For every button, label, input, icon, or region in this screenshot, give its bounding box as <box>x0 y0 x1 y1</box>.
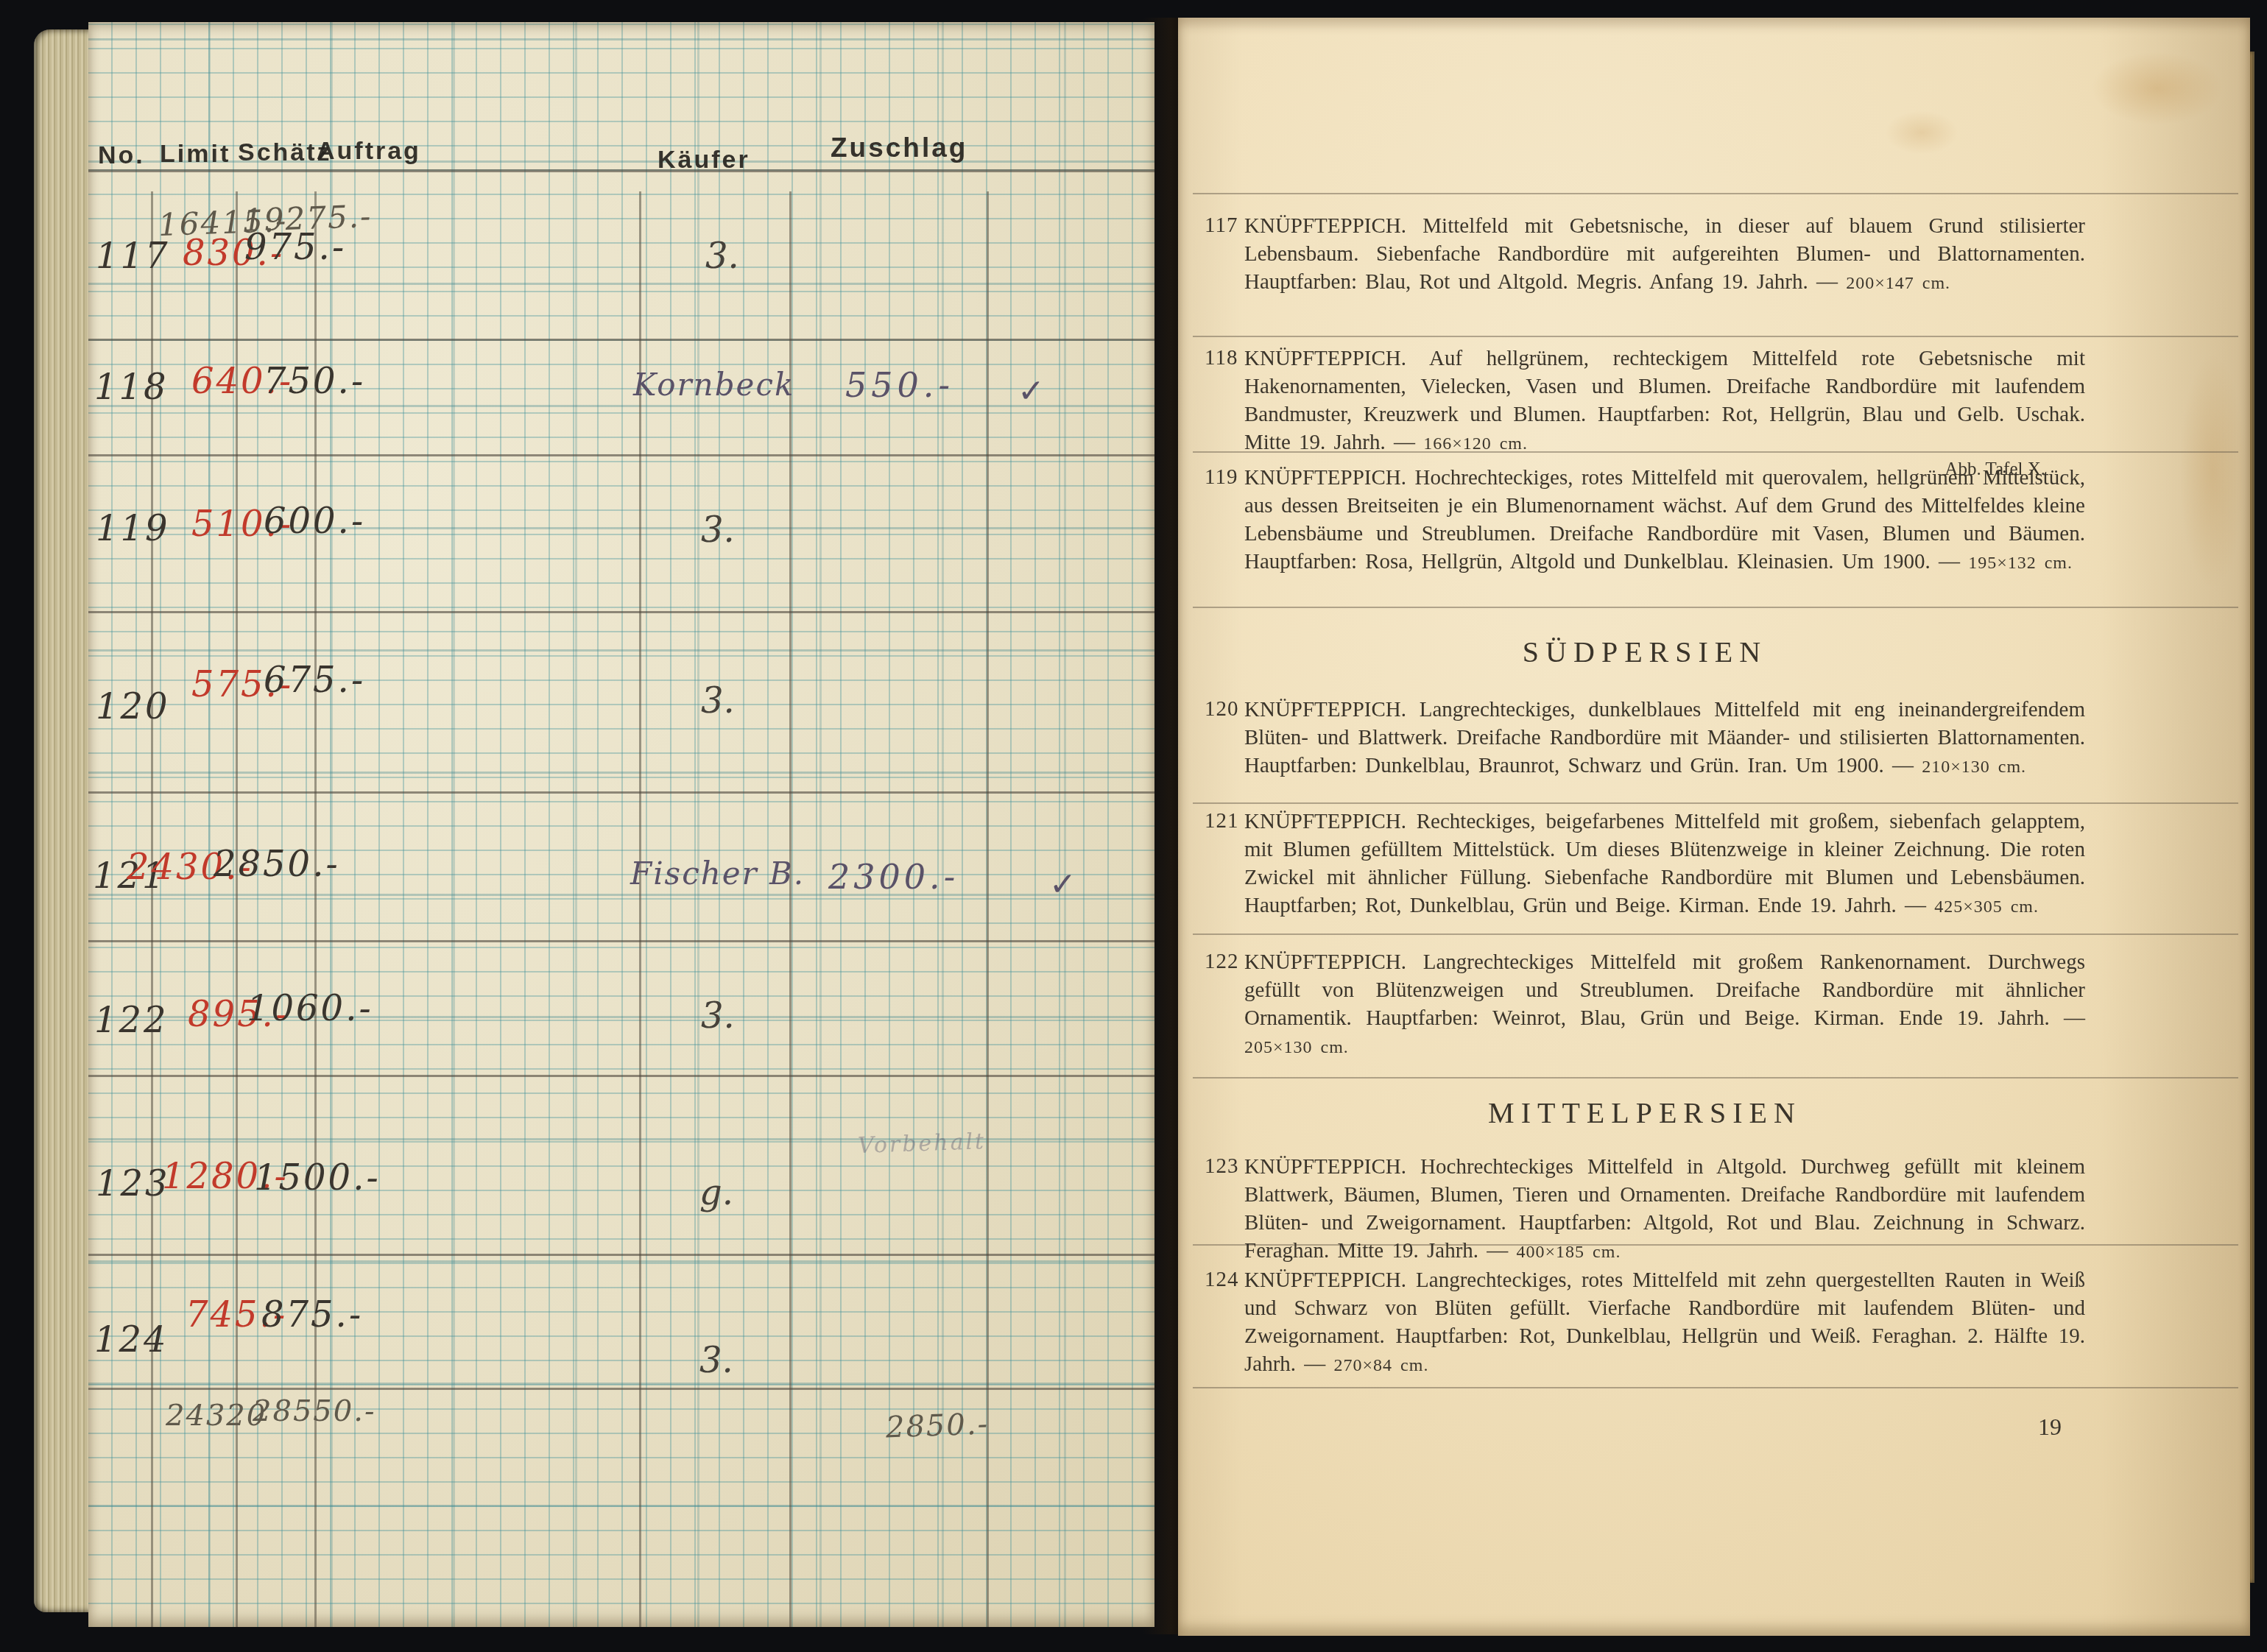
entry-description: KNÜPFTEPPICH. Hochrechteckiges Mittelfel… <box>1244 1153 2085 1266</box>
schaetz-value: 675.- <box>264 660 365 701</box>
lot-no: 120 <box>96 686 170 727</box>
entry-description: KNÜPFTEPPICH. Hochrechteckiges, rotes Mi… <box>1244 464 2085 577</box>
buyer-mark: 3. <box>705 236 739 277</box>
buyer-mark: g. <box>699 1172 733 1213</box>
schaetz-value: 750.- <box>264 361 365 402</box>
hammer-price: 550.- <box>845 365 954 405</box>
entry-dimensions: 400×185 cm. <box>1517 1243 1621 1262</box>
header-auftrag: Auftrag <box>317 137 421 166</box>
entry-rule <box>1193 1077 2238 1079</box>
entry-rule <box>1193 802 2238 804</box>
page-number: 19 <box>2038 1413 2062 1441</box>
check-mark: ✓ <box>1018 373 1045 410</box>
schaetz-value: 1060.- <box>247 988 373 1029</box>
lot-no: 124 <box>94 1319 169 1360</box>
entry-description: KNÜPFTEPPICH. Mittelfeld mit Gebetsnisch… <box>1244 212 2085 297</box>
column-rule <box>639 191 641 1627</box>
entry-body: KNÜPFTEPPICH. Hochrechteckiges Mittelfel… <box>1244 1155 2085 1263</box>
row-rule <box>88 1075 1154 1077</box>
buyer-mark: 3. <box>701 509 735 551</box>
entry-rule <box>1193 933 2238 935</box>
catalog-entry-123: 123 KNÜPFTEPPICH. Hochrechteckiges Mitte… <box>1205 1153 2085 1266</box>
entry-dimensions: 200×147 cm. <box>1846 274 1950 293</box>
header-zuschlag: Zuschlag <box>831 133 967 163</box>
header-kaeufer: Käufer <box>657 146 750 174</box>
buyer-mark: 3. <box>701 995 735 1037</box>
lot-no: 123 <box>96 1163 170 1204</box>
schaetz-value: 2850.- <box>214 844 340 885</box>
entry-body: KNÜPFTEPPICH. Auf hellgrünem, rechteckig… <box>1244 347 2085 454</box>
total-limit: 24320 <box>166 1399 267 1433</box>
entry-body: KNÜPFTEPPICH. Mittelfeld mit Gebetsnisch… <box>1244 214 2085 294</box>
row-rule <box>88 339 1154 341</box>
lot-no: 118 <box>94 367 169 408</box>
catalog-entry-120: 120 KNÜPFTEPPICH. Langrechteckiges, dunk… <box>1205 696 2085 781</box>
section-heading-mittelpersien: MITTELPERSIEN <box>1205 1095 2085 1130</box>
lot-no: 117 <box>96 236 170 277</box>
catalog-entry-121: 121 KNÜPFTEPPICH. Rechteckiges, beigefar… <box>1205 808 2085 921</box>
entry-rule <box>1193 336 2238 337</box>
lot-number: 117 <box>1205 213 1238 238</box>
entry-description: KNÜPFTEPPICH. Langrechteckiges, rotes Mi… <box>1244 1266 2085 1380</box>
pencil-note: Vorbehalt <box>857 1129 986 1159</box>
lot-number: 122 <box>1205 950 1239 974</box>
row-rule <box>88 454 1154 456</box>
entry-dimensions: 425×305 cm. <box>1934 897 2039 917</box>
total-zuschlag: 2850.- <box>885 1408 990 1445</box>
check-mark: ✓ <box>1049 866 1076 903</box>
buyer-mark: 3. <box>701 680 735 721</box>
lot-number: 123 <box>1205 1154 1239 1179</box>
row-rule <box>88 940 1154 942</box>
row-rule <box>88 791 1154 794</box>
entry-rule <box>1193 607 2238 608</box>
entry-rule <box>1193 1387 2238 1388</box>
entry-description: KNÜPFTEPPICH. Auf hellgrünem, rechteckig… <box>1244 345 2085 458</box>
entry-dimensions: 205×130 cm. <box>1244 1038 1349 1057</box>
buyer-name: Fischer B. <box>630 855 805 892</box>
lot-no: 122 <box>94 1000 169 1041</box>
lot-number: 120 <box>1205 697 1239 721</box>
schaetz-value: 975.- <box>244 227 346 268</box>
catalog-entry-119: 119 KNÜPFTEPPICH. Hochrechteckiges, rote… <box>1205 464 2085 577</box>
entry-description: KNÜPFTEPPICH. Langrechteckiges Mittelfel… <box>1244 948 2085 1062</box>
entry-description: KNÜPFTEPPICH. Rechteckiges, beigefarbene… <box>1244 808 2085 921</box>
catalog-entry-124: 124 KNÜPFTEPPICH. Langrechteckiges, rote… <box>1205 1266 2085 1380</box>
row-rule <box>88 611 1154 613</box>
row-rule <box>88 1388 1154 1390</box>
entry-dimensions: 195×132 cm. <box>1968 554 2073 573</box>
buyer-name: Kornbeck <box>633 367 794 403</box>
lot-number: 121 <box>1205 809 1239 833</box>
lot-no: 119 <box>96 508 170 549</box>
entry-body: KNÜPFTEPPICH. Hochrechteckiges, rotes Mi… <box>1244 466 2085 573</box>
entry-dimensions: 270×84 cm. <box>1334 1356 1429 1375</box>
schaetz-value: 1500.- <box>254 1157 381 1199</box>
hammer-price: 2300.- <box>828 857 959 897</box>
header-rule <box>88 169 1154 172</box>
entry-rule <box>1193 193 2238 194</box>
header-no: No. <box>98 141 145 170</box>
schaetz-value: 875.- <box>261 1294 363 1335</box>
total-schaetz: 28550.- <box>253 1394 376 1428</box>
catalog-entry-122: 122 KNÜPFTEPPICH. Langrechteckiges Mitte… <box>1205 948 2085 1062</box>
entry-dimensions: 166×120 cm. <box>1423 434 1528 453</box>
header-limit: Limit <box>160 140 230 169</box>
column-rule <box>789 191 791 1627</box>
lot-number: 124 <box>1205 1268 1239 1292</box>
catalog-entry-117: 117 KNÜPFTEPPICH. Mittelfeld mit Gebetsn… <box>1205 212 2085 297</box>
lot-number: 118 <box>1205 346 1238 370</box>
ledger-page: No. Limit Schätz Auftrag Käufer Zuschlag… <box>88 22 1154 1627</box>
entry-description: KNÜPFTEPPICH. Langrechteckiges, dunkelbl… <box>1244 696 2085 781</box>
entry-dimensions: 210×130 cm. <box>1922 758 2026 777</box>
lot-number: 119 <box>1205 465 1238 490</box>
row-rule <box>88 1254 1154 1256</box>
buyer-mark: 3. <box>699 1340 733 1381</box>
schaetz-value: 600.- <box>264 501 365 542</box>
entry-body: KNÜPFTEPPICH. Langrechteckiges Mittelfel… <box>1244 950 2085 1030</box>
catalog-entry-118: 118 KNÜPFTEPPICH. Auf hellgrünem, rechte… <box>1205 345 2085 480</box>
section-heading-suedpersien: SÜDPERSIEN <box>1205 635 2085 669</box>
